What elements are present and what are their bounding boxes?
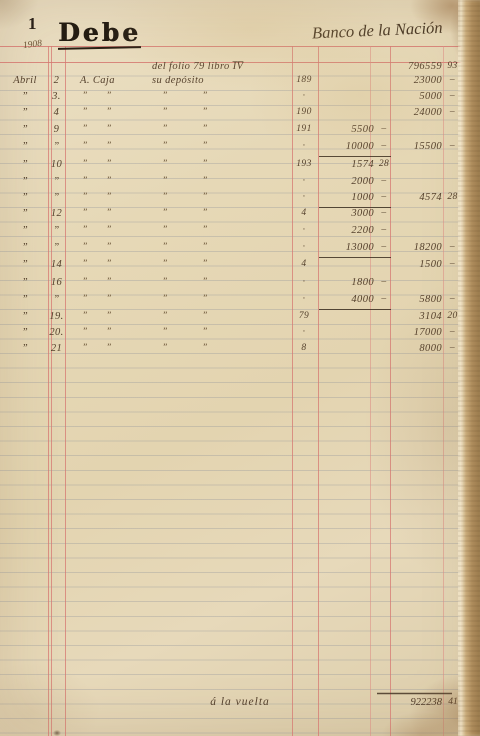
ledger-row: ” ” ” ” ” ” · 4000 – 5800 – (0, 293, 480, 309)
day-cell: ” (47, 242, 66, 253)
handwritten-year: 1908 (22, 39, 42, 51)
folio-cell: · (291, 176, 317, 186)
ditto-mark: ” (102, 343, 116, 353)
ditto-mark: ” (78, 107, 92, 117)
ledger-row: ” 9 ” ” ” ” 191 5500 – (0, 123, 480, 139)
month-cell: ” (4, 176, 46, 187)
partial-amount-cents: – (375, 208, 393, 218)
folio-cell: 193 (291, 159, 317, 169)
month-cell: ” (4, 343, 46, 354)
day-cell: 2 (47, 75, 66, 86)
partial-amount-cents: – (375, 225, 393, 235)
total-amount-cell: 17000 (390, 327, 442, 338)
partial-amount-cell: 1000 (320, 192, 374, 203)
total-amount-cents: – (443, 141, 462, 151)
ditto-mark: ” (78, 294, 92, 304)
ditto-mark: ” (158, 124, 172, 134)
ditto-mark: ” (158, 107, 172, 117)
account-heading: Banco de la Nación (312, 17, 473, 44)
carry-forward-total-cents: 41 (444, 697, 462, 707)
ditto-mark: ” (198, 294, 212, 304)
ledger-row: ” 20. ” ” ” ” · 17000 – (0, 326, 480, 342)
month-cell: ” (4, 208, 46, 219)
ledger-row: ” ” ” ” ” ” · 1000 – 4574 28 (0, 191, 480, 207)
folio-cell: 4 (291, 259, 317, 269)
day-cell: 19. (47, 311, 66, 322)
ledger-row: ” ” ” ” ” ” · 13000 – 18200 – (0, 241, 480, 257)
ditto-mark: ” (158, 176, 172, 186)
folio-cell: · (291, 141, 317, 151)
partial-amount-cents: – (375, 124, 393, 134)
total-amount-cell: 24000 (390, 107, 442, 118)
ditto-mark: ” (198, 107, 212, 117)
day-cell: 16 (47, 277, 66, 288)
total-amount-cell: 1500 (390, 259, 442, 270)
partial-amount-cell: 5500 (320, 124, 374, 135)
ditto-mark: ” (102, 124, 116, 134)
day-cell: ” (47, 192, 66, 203)
folio-cell: 4 (291, 208, 317, 218)
day-cell: ” (47, 176, 66, 187)
ditto-mark: ” (78, 192, 92, 202)
day-cell: ” (47, 141, 66, 152)
ditto-mark: ” (78, 91, 92, 101)
carry-forward-total: 922238 (390, 697, 442, 708)
total-amount-cents: 28 (443, 192, 462, 202)
ditto-mark: ” (158, 192, 172, 202)
ditto-mark: ” (102, 327, 116, 337)
ledger-row: ” 3. ” ” ” ” · 5000 – (0, 90, 480, 106)
ledger-row: Abril 2 A. Caja su depósito 189 23000 – (0, 74, 480, 90)
total-amount-cents: 93 (443, 61, 462, 71)
ledger-row: ” 12 ” ” ” ” 4 3000 – (0, 207, 480, 223)
ditto-mark: ” (102, 176, 116, 186)
partial-amount-cents: – (375, 176, 393, 186)
total-amount-cents: – (443, 75, 462, 85)
month-cell: ” (4, 311, 46, 322)
day-cell: 3. (47, 91, 66, 102)
ditto-mark: ” (102, 225, 116, 235)
ledger-row: ” ” ” ” ” ” · 2000 – (0, 175, 480, 191)
ditto-mark: ” (158, 242, 172, 252)
ditto-mark: ” (198, 141, 212, 151)
month-cell: ” (4, 294, 46, 305)
month-cell: ” (4, 107, 46, 118)
partial-amount-cell: 13000 (320, 242, 374, 253)
day-cell: 9 (47, 124, 66, 135)
ditto-mark: ” (102, 259, 116, 269)
total-amount-cents: – (443, 91, 462, 101)
month-cell: Abril (4, 75, 46, 86)
carry-forward-label: á la vuelta (188, 696, 292, 708)
total-amount-cents: – (443, 259, 462, 269)
ditto-mark: ” (158, 311, 172, 321)
ditto-mark: ” (198, 343, 212, 353)
partial-amount-cents: 28 (375, 159, 393, 169)
partial-amount-cents: – (375, 277, 393, 287)
folio-cell: · (291, 327, 317, 337)
day-cell: 4 (47, 107, 66, 118)
ditto-mark: ” (78, 141, 92, 151)
ditto-mark: ” (158, 141, 172, 151)
ditto-mark: ” (102, 91, 116, 101)
total-amount-cell: 3104 (390, 311, 442, 322)
ditto-mark: ” (198, 277, 212, 287)
ledger-row: ” 16 ” ” ” ” · 1800 – (0, 276, 480, 292)
day-cell: ” (47, 294, 66, 305)
month-cell: ” (4, 124, 46, 135)
day-cell: 10 (47, 159, 66, 170)
total-amount-cents: – (443, 294, 462, 304)
description-cell: su depósito (152, 75, 272, 86)
ledger-row: ” ” ” ” ” ” · 2200 – (0, 224, 480, 240)
ditto-mark: ” (78, 327, 92, 337)
folio-cell: · (291, 225, 317, 235)
ditto-mark: ” (102, 311, 116, 321)
ditto-mark: ” (198, 159, 212, 169)
ditto-mark: ” (102, 277, 116, 287)
account-cell: A. Caja (80, 75, 160, 86)
total-amount-cell: 23000 (390, 75, 442, 86)
month-cell: ” (4, 327, 46, 338)
ditto-mark: ” (102, 242, 116, 252)
month-cell: ” (4, 141, 46, 152)
folio-cell: · (291, 91, 317, 101)
day-cell: 14 (47, 259, 66, 270)
ditto-mark: ” (78, 225, 92, 235)
ditto-mark: ” (158, 327, 172, 337)
partial-amount-cell: 3000 (320, 208, 374, 219)
partial-amount-cell: 2000 (320, 176, 374, 187)
folio-cell: 190 (291, 107, 317, 117)
subtotal-rule (319, 156, 391, 157)
month-cell: ” (4, 259, 46, 270)
ditto-mark: ” (158, 294, 172, 304)
ditto-mark: ” (158, 208, 172, 218)
total-amount-cell: 5800 (390, 294, 442, 305)
total-amount-cell: 15500 (390, 141, 442, 152)
ditto-mark: ” (78, 259, 92, 269)
ditto-mark: ” (198, 225, 212, 235)
month-cell: ” (4, 242, 46, 253)
ditto-mark: ” (198, 327, 212, 337)
day-cell: 20. (47, 327, 66, 338)
folio-cell: · (291, 294, 317, 304)
ditto-mark: ” (198, 311, 212, 321)
month-cell: ” (4, 159, 46, 170)
ditto-mark: ” (78, 242, 92, 252)
ditto-mark: ” (158, 259, 172, 269)
partial-amount-cell: 4000 (320, 294, 374, 305)
ditto-mark: ” (102, 294, 116, 304)
folio-cell: 8 (291, 343, 317, 353)
folio-cell: · (291, 242, 317, 252)
ditto-mark: ” (102, 141, 116, 151)
ditto-mark: ” (158, 277, 172, 287)
total-amount-cents: – (443, 107, 462, 117)
total-amount-cell: 18200 (390, 242, 442, 253)
total-amount-cell: 8000 (390, 343, 442, 354)
ditto-mark: ” (198, 176, 212, 186)
ditto-mark: ” (78, 176, 92, 186)
ledger-row: ” ” ” ” ” ” · 10000 – 15500 – (0, 140, 480, 156)
ditto-mark: ” (158, 343, 172, 353)
total-amount-cell: 5000 (390, 91, 442, 102)
ditto-mark: ” (198, 259, 212, 269)
ditto-mark: ” (102, 159, 116, 169)
month-cell: ” (4, 277, 46, 288)
total-amount-cents: – (443, 242, 462, 252)
total-amount-cents: – (443, 327, 462, 337)
ditto-mark: ” (158, 225, 172, 235)
day-cell: 21 (47, 343, 66, 354)
folio-cell: 191 (291, 124, 317, 134)
ledger-row: ” 14 ” ” ” ” 4 1500 – (0, 258, 480, 274)
folio-cell: 79 (291, 311, 317, 321)
ditto-mark: ” (198, 208, 212, 218)
folio-cell: · (291, 192, 317, 202)
ditto-mark: ” (198, 242, 212, 252)
day-cell: 12 (47, 208, 66, 219)
partial-amount-cell: 1574 (320, 159, 374, 170)
ledger-row: ” 4 ” ” ” ” 190 24000 – (0, 106, 480, 122)
month-cell: ” (4, 192, 46, 203)
ditto-mark: ” (158, 91, 172, 101)
partial-amount-cell: 10000 (320, 141, 374, 152)
ditto-mark: ” (78, 124, 92, 134)
ditto-mark: ” (78, 343, 92, 353)
ditto-mark: ” (102, 192, 116, 202)
day-cell: ” (47, 225, 66, 236)
total-amount-cell: 796559 (390, 61, 442, 72)
partial-amount-cell: 2200 (320, 225, 374, 236)
total-amount-cents: 20 (443, 311, 462, 321)
folio-cell: · (291, 277, 317, 287)
ditto-mark: ” (158, 159, 172, 169)
ditto-mark: ” (198, 124, 212, 134)
ledger-row: ” 21 ” ” ” ” 8 8000 – (0, 342, 480, 358)
description-cell: del folio 79 libro I̅V̅ (152, 61, 272, 72)
ditto-mark: ” (78, 159, 92, 169)
page-number: 1 (28, 14, 37, 34)
ditto-mark: ” (198, 192, 212, 202)
ledger-row: ” 19. ” ” ” ” 79 3104 20 (0, 310, 480, 326)
ditto-mark: ” (78, 277, 92, 287)
ledger-page: 1 Debe 1908 Banco de la Nación del folio… (0, 0, 480, 736)
ditto-mark: ” (78, 208, 92, 218)
partial-amount-cell: 1800 (320, 277, 374, 288)
ditto-mark: ” (102, 208, 116, 218)
folio-cell: 189 (291, 75, 317, 85)
ledger-row: ” 10 ” ” ” ” 193 1574 28 (0, 158, 480, 174)
month-cell: ” (4, 225, 46, 236)
page-title: Debe (58, 18, 141, 49)
ditto-mark: ” (102, 107, 116, 117)
month-cell: ” (4, 91, 46, 102)
ditto-mark: ” (78, 311, 92, 321)
ditto-mark: ” (198, 91, 212, 101)
total-amount-cell: 4574 (390, 192, 442, 203)
total-amount-cents: – (443, 343, 462, 353)
